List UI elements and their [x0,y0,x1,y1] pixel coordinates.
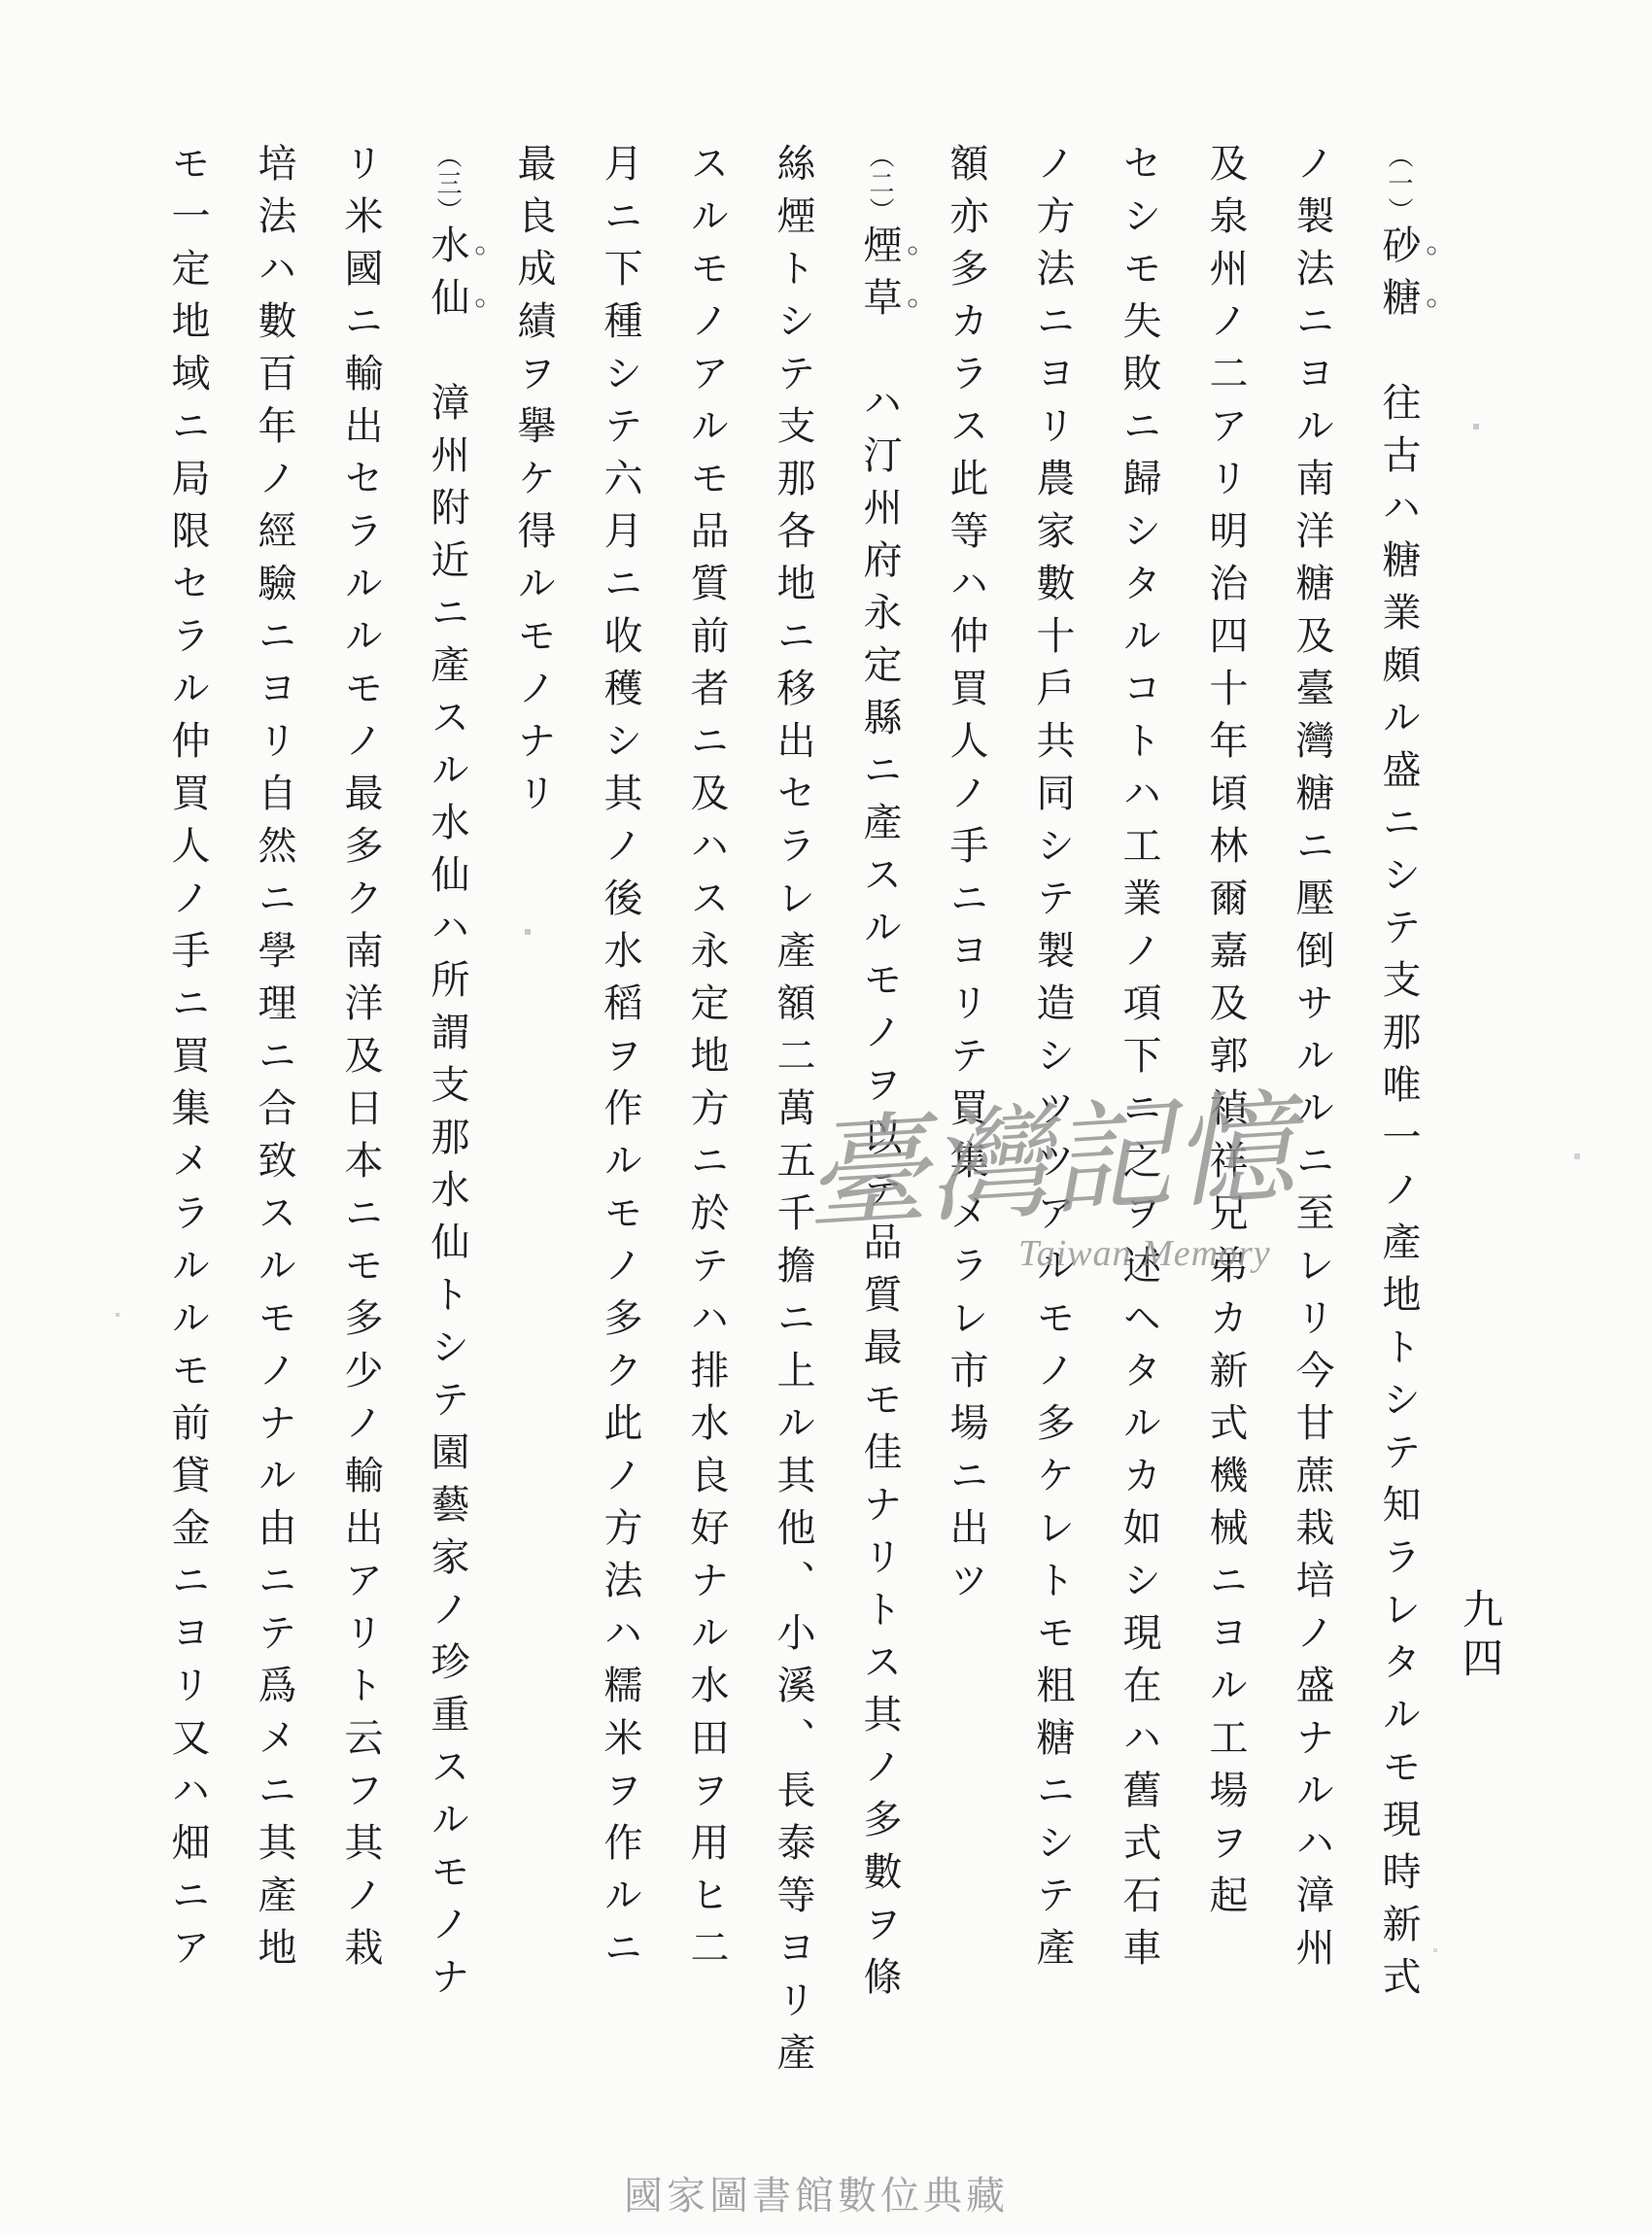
column-text: ノ方法ニヨリ農家數十戶共同シテ製造シツツアルモノ多ケレトモ粗糖ニシテ產 [1031,143,1075,1979]
column-text: 額亦多カラス此等ハ仲買人ノ手ニヨリテ買集メラレ市場ニ出ツ [945,143,988,1612]
section-number: （二） [866,143,894,224]
text-column: 培法ハ數百年ノ經驗ニヨリ自然ニ學理ニ合致スルモノナル由ニテ爲メニ其產地 [231,143,318,2077]
text-column: モ一定地域ニ局限セラル仲買人ノ手ニ買集メラルルモ前貸金ニヨリ又ハ畑ニア [145,143,231,2077]
taiwan-memory-watermark-latin: Taiwan Memory [1018,1232,1271,1275]
column-text: 往古ハ糖業頗ル盛ニシテ支那唯一ノ產地トシテ知ラレタルモ現時新式 [1377,329,1421,2009]
section-number: （一） [1385,143,1413,224]
text-column: スルモノアルモ品質前者ニ及ハス永定地方ニ於テハ排水良好ナル水田ヲ用ヒ二 [664,143,750,2077]
column-text: 月ニ下種シテ六月ニ收穫シ其ノ後水稻ヲ作ルモノ多ク此ノ方法ハ糯米ヲ作ルニ [599,143,642,1979]
emphasized-term: 水仙 [426,224,469,329]
page-number: 九四 [1450,1588,1508,1685]
column-text: 最良成績ヲ擧ケ得ルモノナリ [512,143,556,825]
text-column: 月ニ下種シテ六月ニ收穫シ其ノ後水稻ヲ作ルモノ多ク此ノ方法ハ糯米ヲ作ルニ [577,143,664,2077]
emphasized-term: 煙草 [858,224,902,329]
column-text: ノ製法ニヨル南洋糖及臺灣糖ニ壓倒サルルニ至レリ今甘蔗栽培ノ盛ナルハ漳州 [1291,143,1334,1979]
digitization-caption: 國家圖書館數位典藏 [624,2165,1009,2220]
column-text: モ一定地域ニ局限セラル仲買人ノ手ニ買集メラルルモ前貸金ニヨリ又ハ畑ニア [166,143,210,1979]
emphasized-term: 砂糖 [1377,224,1421,329]
column-text: 培法ハ數百年ノ經驗ニヨリ自然ニ學理ニ合致スルモノナル由ニテ爲メニ其產地 [253,143,296,1979]
column-text: 漳州附近ニ產スル水仙ハ所謂支那水仙トシテ園藝家ノ珍重スルモノナ [426,329,469,2009]
section-number: （三） [433,143,462,224]
column-text: 及泉州ノ二アリ明治四十年頃林爾嘉及郭禎祥兄弟カ新式機械ニヨル工場ヲ起 [1204,143,1248,1927]
column-text: スルモノアルモ品質前者ニ及ハス永定地方ニ於テハ排水良好ナル水田ヲ用ヒ二 [685,143,729,1979]
scan-noise-specks [0,0,2,2]
text-column: リ米國ニ輸出セラルルモノ最多ク南洋及日本ニモ多少ノ輸出アリト云フ其ノ栽 [318,143,404,2077]
column-text: セシモ失敗ニ歸シタルコトハ工業ノ項下ニ之ヲ述ヘタルカ如シ現在ハ舊式石車 [1118,143,1161,1979]
text-column: （一）砂糖 往古ハ糖業頗ル盛ニシテ支那唯一ノ產地トシテ知ラレタルモ現時新式 [1356,143,1442,2077]
text-column: （三）水仙 漳州附近ニ產スル水仙ハ所謂支那水仙トシテ園藝家ノ珍重スルモノナ [404,143,491,2077]
column-text: リ米國ニ輸出セラルルモノ最多ク南洋及日本ニモ多少ノ輸出アリト云フ其ノ栽 [339,143,383,1979]
text-column: 最良成績ヲ擧ケ得ルモノナリ [491,143,577,2077]
